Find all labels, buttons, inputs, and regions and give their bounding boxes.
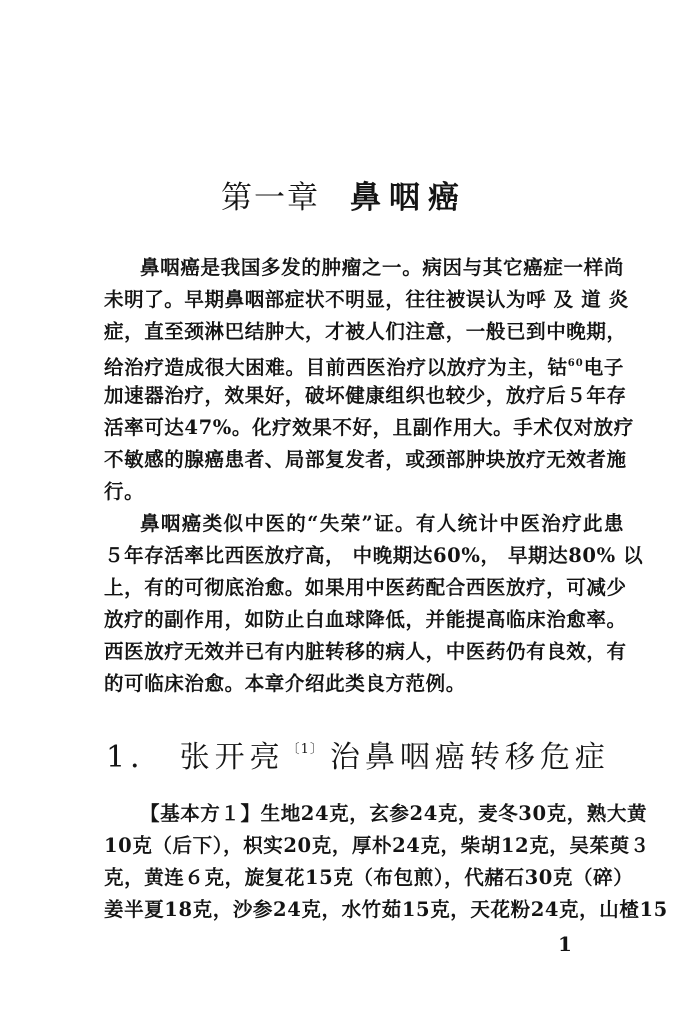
text-segment: 电子 bbox=[584, 356, 624, 379]
text-line: 行。 bbox=[104, 478, 624, 506]
text-line: 鼻咽癌类似中医的“失荣”证。有人统计中医治疗此患 bbox=[140, 510, 624, 538]
text-line: 症，直至颈淋巴结肿大，才被人们注意，一般已到中晚期， bbox=[104, 318, 624, 346]
text-line: 活率可达47%。化疗效果不好，且副作用大。手术仅对放疗 bbox=[104, 414, 624, 442]
text-line: 上，有的可彻底治愈。如果用中医药配合西医放疗，可减少 bbox=[104, 574, 624, 602]
section-author: 张开亮 bbox=[180, 740, 285, 775]
chapter-title: 第一章鼻咽癌 bbox=[0, 172, 688, 217]
chapter-name: 鼻咽癌 bbox=[350, 180, 467, 216]
isotope-superscript: 60 bbox=[568, 358, 584, 369]
text-line: 未明了。早期鼻咽部症状不明显，往往被误认为呼 及 道 炎 bbox=[104, 286, 624, 314]
section-heading: 1． 张开亮〔1〕治鼻咽癌转移危症 bbox=[106, 730, 610, 778]
text-line: 西医放疗无效并已有内脏转移的病人，中医药仍有良效，有 bbox=[104, 638, 624, 666]
text-line: 给治疗造成很大困难。目前西医治疗以放疗为主，钴60电子 bbox=[104, 350, 624, 382]
text-segment: 给治疗造成很大困难。目前西医治疗以放疗为主，钴 bbox=[104, 356, 568, 379]
text-line: 放疗的副作用，如防止白血球降低，并能提高临床治愈率。 bbox=[104, 606, 624, 634]
text-line: 10克（后下），枳实20克，厚朴24克，柴胡12克，吴茱萸３ bbox=[104, 832, 624, 860]
text-line: 克，黄连６克，旋复花15克（布包煎），代赭石30克（碎） bbox=[104, 864, 624, 892]
page-number: 1 bbox=[558, 932, 572, 956]
chapter-number: 第一章 bbox=[221, 180, 320, 216]
text-line: 的可临床治愈。本章介绍此类良方范例。 bbox=[104, 670, 624, 698]
text-line: 加速器治疗，效果好，破坏健康组织也较少，放疗后５年存 bbox=[104, 382, 624, 410]
section-number: 1． bbox=[106, 740, 165, 775]
text-line: ５年存活率比西医放疗高， 中晚期达60%， 早期达80% 以 bbox=[104, 542, 624, 570]
text-line: 【基本方１】生地24克，玄参24克，麦冬30克，熟大黄 bbox=[140, 800, 624, 828]
section-title-text: 治鼻咽癌转移危症 bbox=[330, 740, 610, 775]
text-line: 不敏感的腺癌患者、局部复发者，或颈部肿块放疗无效者施 bbox=[104, 446, 624, 474]
reference-mark: 〔1〕 bbox=[287, 742, 324, 757]
text-line: 姜半夏18克，沙参24克，水竹茹15克，天花粉24克，山楂15 bbox=[104, 896, 624, 924]
book-page: 第一章鼻咽癌 鼻咽癌是我国多发的肿瘤之一。病因与其它癌症一样尚 未明了。早期鼻咽… bbox=[0, 0, 688, 1024]
text-line: 鼻咽癌是我国多发的肿瘤之一。病因与其它癌症一样尚 bbox=[140, 254, 624, 282]
